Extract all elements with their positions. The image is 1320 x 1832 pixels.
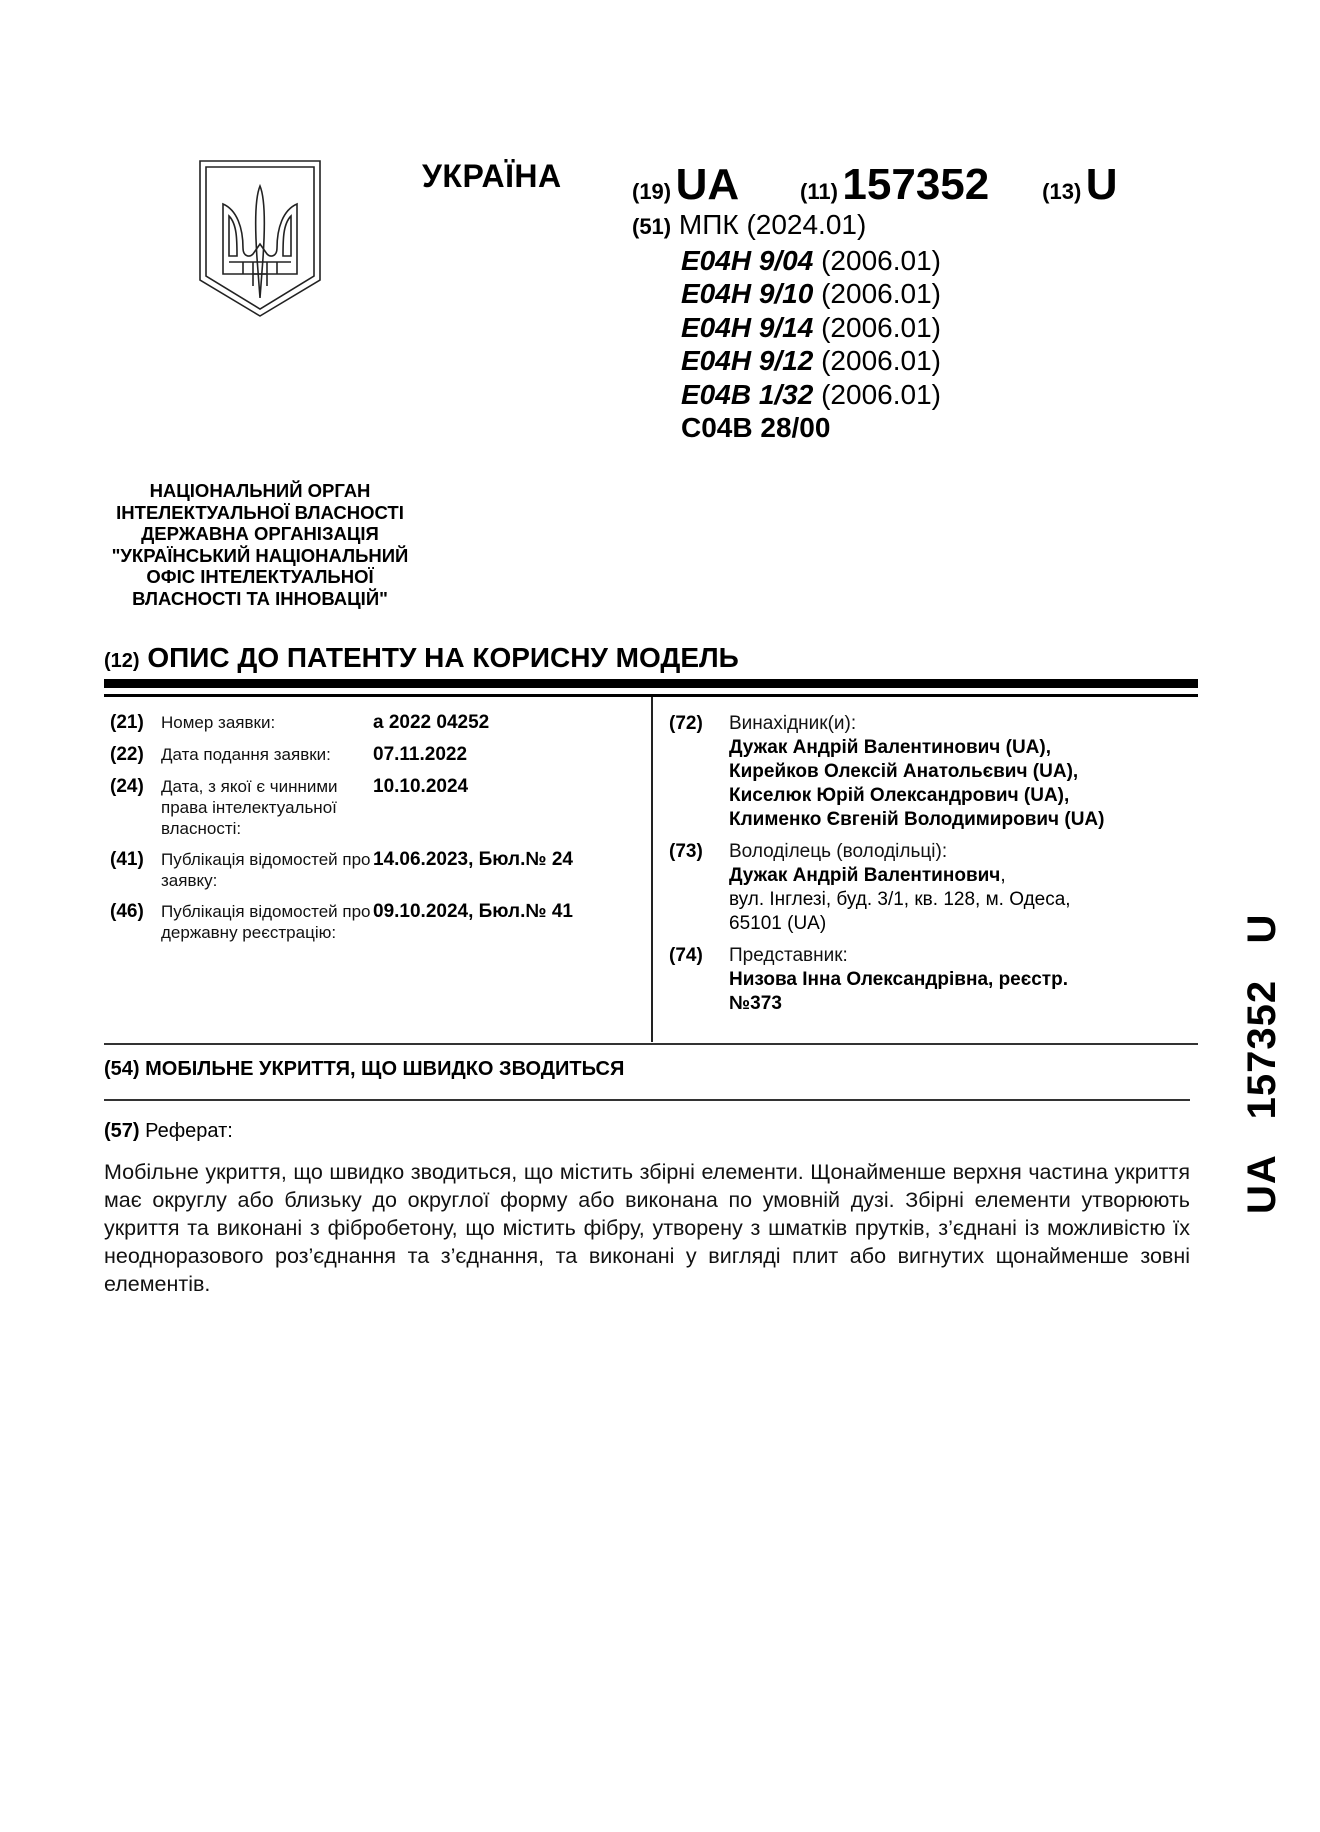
representative-name: Низова Інна Олександрівна, реєстр. bbox=[729, 968, 1068, 992]
inid-13: (13) bbox=[1042, 179, 1081, 204]
inventor-name: Кирейков Олексій Анатольєвич (UA), bbox=[729, 760, 1104, 784]
ipc-class-row: E04B 1/32 (2006.01) bbox=[632, 378, 941, 412]
issuing-office: НАЦІОНАЛЬНИЙ ОРГАН ІНТЕЛЕКТУАЛЬНОЇ ВЛАСН… bbox=[100, 480, 420, 609]
inid-11: (11) bbox=[800, 179, 838, 204]
divider-thick bbox=[104, 679, 1198, 688]
ipc-class-row: E04H 9/12 (2006.01) bbox=[632, 344, 941, 378]
inventor-name: Дужак Андрій Валентинович (UA), bbox=[729, 736, 1104, 760]
ipc-class-row: C04B 28/00 bbox=[632, 411, 941, 445]
ipc-class-row: E04H 9/04 (2006.01) bbox=[632, 244, 941, 278]
side-publication-number: UA 157352 U bbox=[1240, 914, 1285, 1214]
country-name: УКРАЇНА bbox=[422, 158, 562, 195]
bib-row: (24) Дата, з якої є чинними права інтеле… bbox=[110, 776, 645, 839]
inid-51: (51) bbox=[632, 214, 671, 239]
bib-row: (22) Дата подання заявки: 07.11.2022 bbox=[110, 744, 645, 766]
divider bbox=[104, 1099, 1190, 1101]
owner-address: 65101 (UA) bbox=[729, 912, 1071, 936]
abstract-heading: (57) Реферат: bbox=[104, 1120, 233, 1143]
patent-number: 157352 bbox=[842, 160, 989, 209]
invention-title: (54) МОБІЛЬНЕ УКРИТТЯ, ЩО ШВИДКО ЗВОДИТЬ… bbox=[104, 1058, 624, 1081]
inid-12: (12) bbox=[104, 650, 140, 672]
owner-address: вул. Інглезі, буд. 3/1, кв. 128, м. Одес… bbox=[729, 888, 1071, 912]
ipc-class-row: E04H 9/10 (2006.01) bbox=[632, 277, 941, 311]
kind-code: U bbox=[1086, 160, 1118, 209]
ipc-class-row: E04H 9/14 (2006.01) bbox=[632, 311, 941, 345]
ipc-classification: (51) МПК (2024.01) E04H 9/04 (2006.01) E… bbox=[632, 208, 941, 445]
inventor-name: Киселюк Юрій Олександрович (UA), bbox=[729, 784, 1104, 808]
inid-19: (19) bbox=[632, 179, 671, 204]
parties: (72) Винахідник(и): Дужак Андрій Валенти… bbox=[669, 712, 1209, 1024]
owner-block: (73) Володілець (володільці): Дужак Андр… bbox=[669, 840, 1209, 936]
owner-name: Дужак Андрій Валентинович bbox=[729, 865, 1000, 886]
bib-row: (41) Публікація відомостей про заявку: 1… bbox=[110, 849, 645, 891]
country-code: UA bbox=[676, 160, 740, 209]
document-title: (12) ОПИС ДО ПАТЕНТУ НА КОРИСНУ МОДЕЛЬ bbox=[104, 642, 739, 674]
inventor-name: Клименко Євгеній Володимирович (UA) bbox=[729, 808, 1104, 832]
column-divider bbox=[651, 697, 653, 1042]
ukraine-coat-of-arms-icon bbox=[197, 158, 323, 320]
ipc-label: МПК (2024.01) bbox=[679, 209, 866, 240]
bib-row: (21) Номер заявки: a 2022 04252 bbox=[110, 712, 645, 734]
abstract-text: Мобільне укриття, що швидко зводиться, щ… bbox=[104, 1158, 1190, 1298]
publication-codes: (19) UA (11) 157352 (13) U bbox=[632, 160, 1118, 210]
bib-row: (46) Публікація відомостей про державну … bbox=[110, 901, 645, 943]
inventors-block: (72) Винахідник(и): Дужак Андрій Валенти… bbox=[669, 712, 1209, 832]
representative-block: (74) Представник: Низова Інна Олександрі… bbox=[669, 944, 1209, 1016]
divider bbox=[104, 1043, 1198, 1045]
bibliographic-data: (21) Номер заявки: a 2022 04252 (22) Дат… bbox=[110, 712, 645, 953]
